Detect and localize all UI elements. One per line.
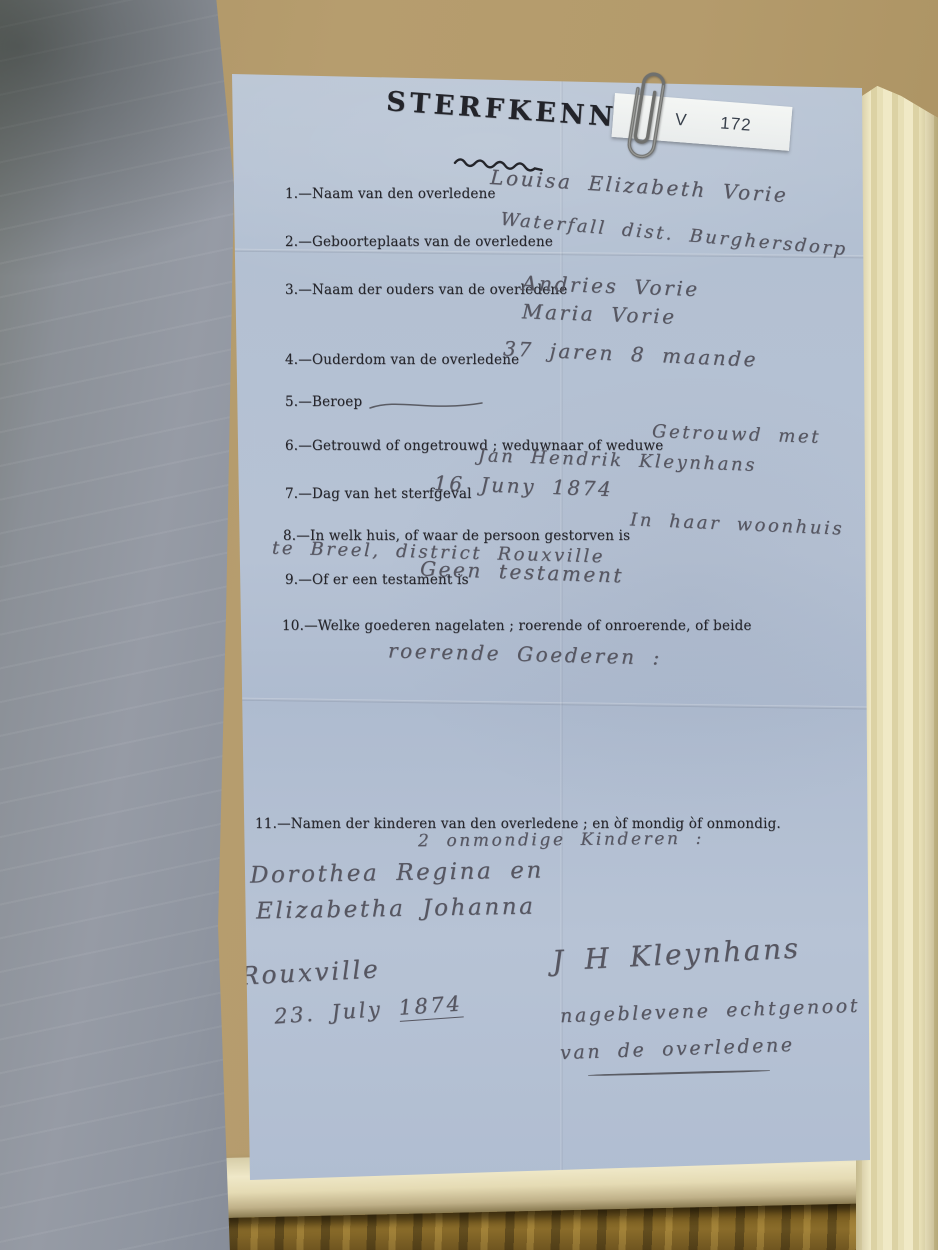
left-folded-page — [0, 0, 240, 1250]
item-11-answer-line3: Elizabetha Johanna — [256, 894, 536, 925]
item-1-label: 1.—Naam van den overledene — [285, 186, 496, 202]
footer-signature: J H Kleynhans — [551, 932, 801, 978]
item-2-label: 2.—Geboorteplaats van de overledene — [285, 234, 553, 250]
item-10-label: 10.—Welke goederen nagelaten ; roerende … — [282, 618, 752, 634]
item-11-answer-line2: Dorothea Regina en — [250, 857, 544, 888]
sterfkennis-form-page: STERFKENNIS. 1.—Naam van den overledene … — [228, 56, 870, 1186]
item-10-answer: roerende Goederen : — [388, 638, 663, 669]
item-4-label: 4.—Ouderdom van de overledene — [285, 352, 519, 368]
footer-date: 23. July 1874 — [273, 991, 463, 1028]
archive-label-code: V — [674, 110, 687, 131]
item-6-answer-line2: Jan Hendrik Kleynhans — [478, 445, 758, 476]
footer-note-line1: nageblevene echtgenoot — [560, 995, 861, 1027]
ledger-photo: STERFKENNIS. 1.—Naam van den overledene … — [0, 0, 938, 1250]
fold-crease-middle — [228, 698, 870, 710]
footer-date-text: 23. July — [273, 997, 383, 1029]
item-5-label: 5.—Beroep — [285, 394, 362, 410]
footer-year: 1874 — [398, 991, 464, 1021]
footer-note-line2: van de overledene — [560, 1034, 795, 1064]
item-4-answer: 37 jaren 8 maande — [503, 336, 759, 371]
blank-answer-flourish — [368, 396, 490, 414]
item-11-answer-line1: 2 onmondige Kinderen : — [418, 829, 704, 851]
item-3-answer-line2: Maria Vorie — [522, 299, 677, 328]
signature-note-underline — [588, 1070, 770, 1077]
item-6-answer-line1: Getrouwd met — [652, 421, 822, 448]
footer-place: Rouxville — [239, 954, 381, 990]
item-1-answer: Louisa Elizabeth Vorie — [490, 165, 789, 207]
item-8-answer-line1: In haar woonhuis — [630, 509, 845, 539]
archive-label-number: 172 — [720, 113, 753, 135]
